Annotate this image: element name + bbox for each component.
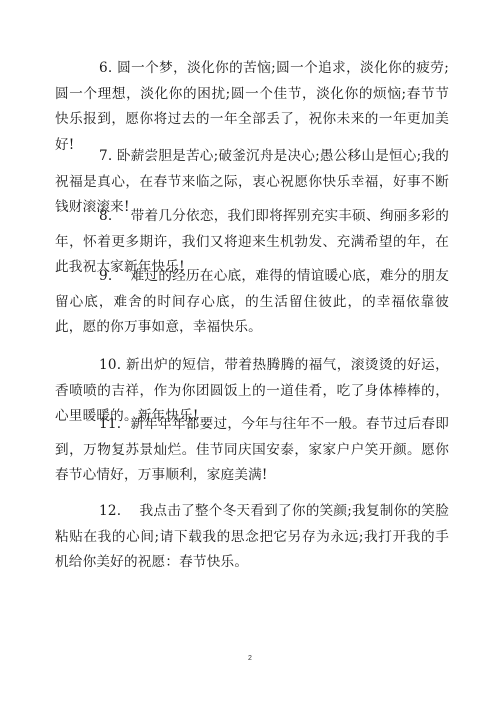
paragraph-number: 11.: [77, 412, 121, 438]
paragraph-number: 7.: [77, 144, 112, 170]
paragraph-11: 11. 新年年年都要过，今年与往年不一般。春节过后春即到，万物复苏景灿烂。佳节同…: [55, 412, 449, 489]
paragraph-number: 8.: [77, 204, 112, 230]
paragraph-number: 9.: [77, 264, 112, 290]
page-number: 2: [0, 655, 500, 662]
paragraph-12: 12. 我点击了整个冬天看到了你的笑颜;我复制你的笑脸粘贴在我的心间;请下载我的…: [55, 499, 449, 576]
paragraph-number: 12.: [77, 499, 121, 525]
paragraph-6: 6. 圆一个梦，淡化你的苦恼;圆一个追求，淡化你的疲劳;圆一个理想，淡化你的困扰…: [55, 56, 449, 158]
paragraph-number: 6.: [77, 56, 112, 82]
document-page: 6. 圆一个梦，淡化你的苦恼;圆一个追求，淡化你的疲劳;圆一个理想，淡化你的困扰…: [0, 0, 500, 708]
paragraph-9: 9. 难过的经历在心底，难得的情谊暖心底，难分的朋友留心底，难舍的时间存心底，的…: [55, 264, 449, 341]
paragraph-number: 10.: [77, 353, 121, 379]
